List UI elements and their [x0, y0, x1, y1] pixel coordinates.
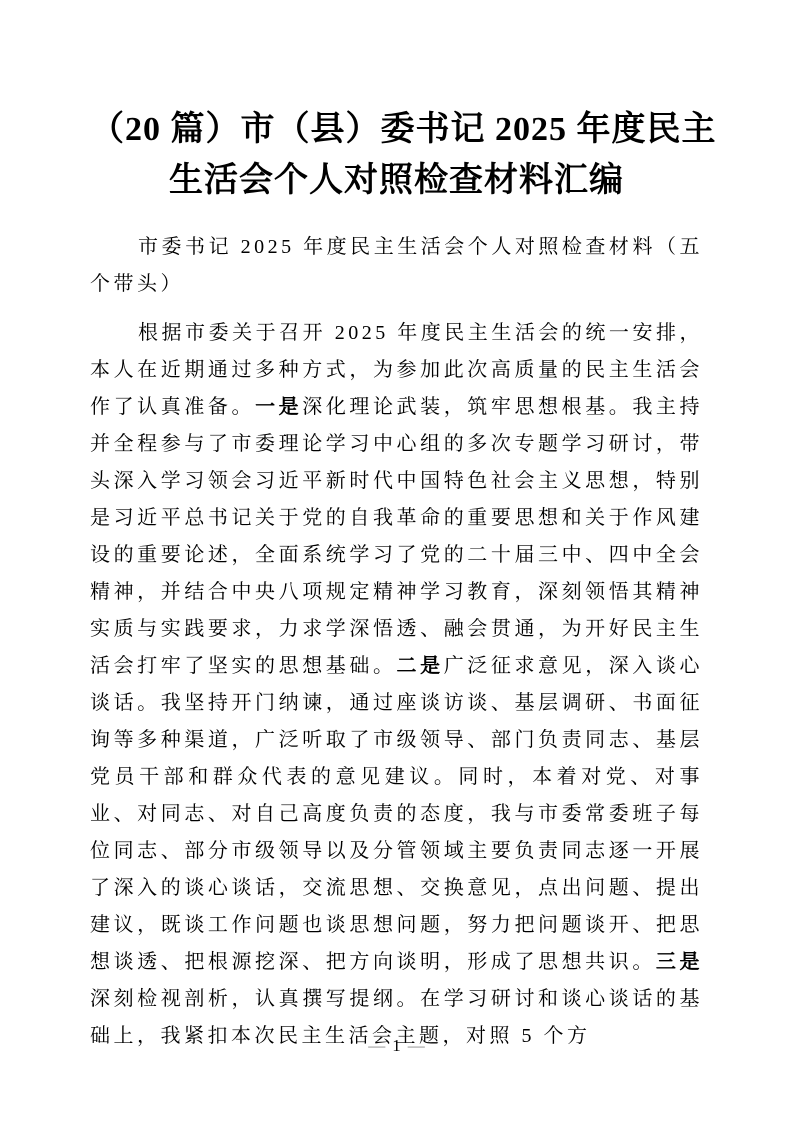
page-number: 1 [392, 1036, 401, 1055]
text-run: 深化理论武装，筑牢思想根基。我主持并全程参与了市委理论学习中心组的多次专题学习研… [90, 396, 703, 677]
body-paragraph: 根据市委关于召开 2025 年度民主生活会的统一安排，本人在近期通过多种方式，为… [90, 315, 703, 1055]
subtitle-paragraph: 市委书记 2025 年度民主生活会个人对照检查材料（五个带头） [90, 229, 703, 303]
bold-run: 一是 [255, 396, 302, 418]
title-line-2: 生活会个人对照检查材料汇编 [169, 162, 624, 199]
text-run: 广泛征求意见，深入谈心谈话。我坚持开门纳谏，通过座谈访谈、基层调研、书面征询等多… [90, 655, 703, 973]
footer-dash-right: — [401, 1036, 432, 1055]
title-line-1: （20 篇）市（县）委书记 2025 年度民主 [90, 111, 717, 148]
footer-dash-left: — [361, 1036, 392, 1055]
bold-run: 三是 [656, 951, 703, 973]
page-footer: —1— [0, 1034, 793, 1058]
document-title: （20 篇）市（县）委书记 2025 年度民主生活会个人对照检查材料汇编 [90, 104, 703, 206]
document-page: （20 篇）市（县）委书记 2025 年度民主生活会个人对照检查材料汇编 市委书… [0, 0, 793, 1122]
bold-run: 二是 [397, 655, 444, 677]
document-body: 市委书记 2025 年度民主生活会个人对照检查材料（五个带头） 根据市委关于召开… [90, 229, 703, 1055]
